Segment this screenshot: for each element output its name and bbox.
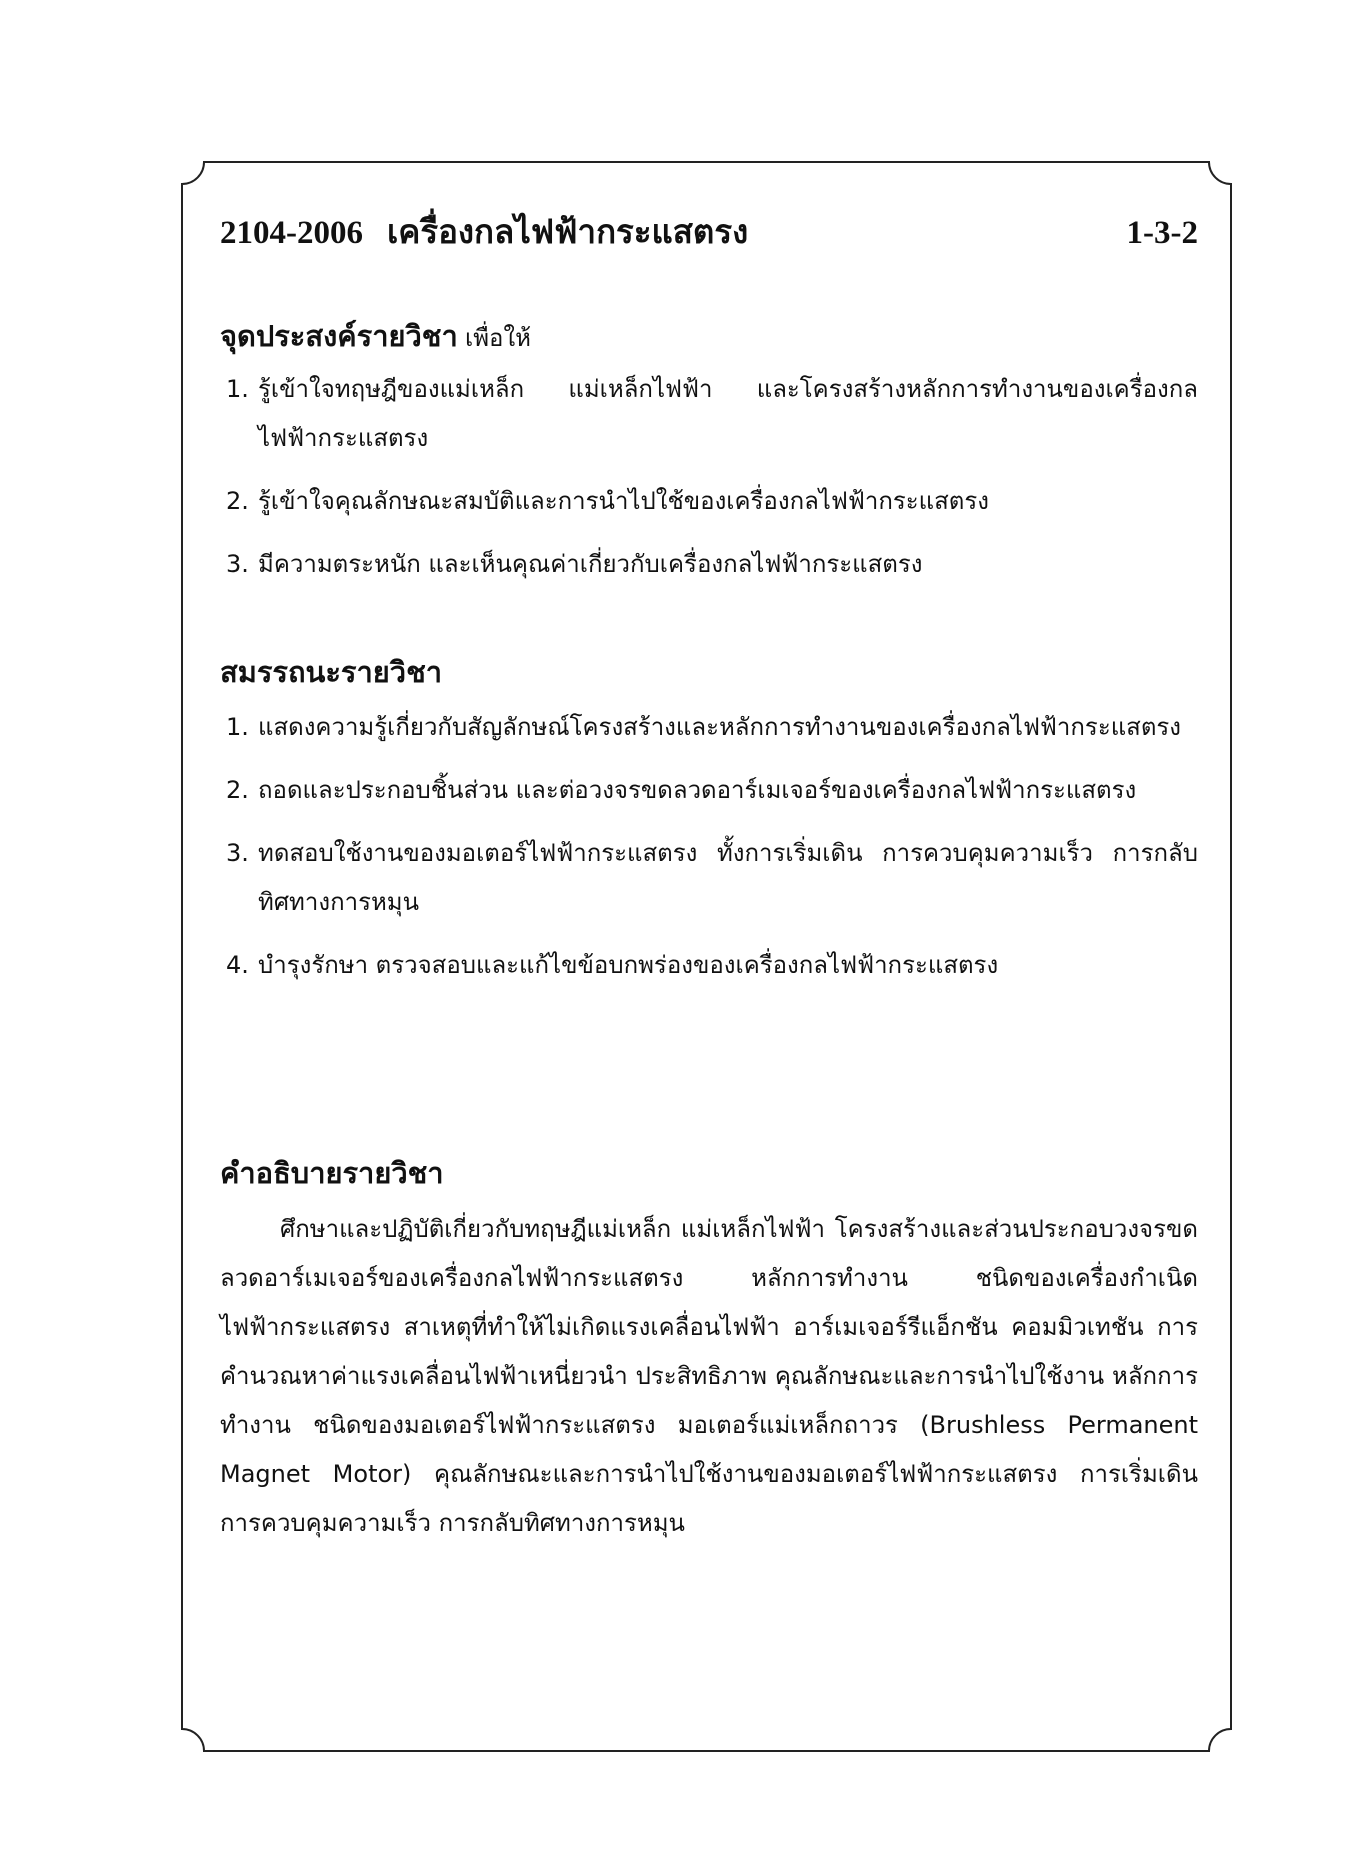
item-number: 1. xyxy=(220,365,258,463)
competency-item: 4.บำรุงรักษา ตรวจสอบและแก้ไขข้อบกพร่องขอ… xyxy=(220,941,1198,990)
item-text: รู้เข้าใจทฤษฎีของแม่เหล็ก แม่เหล็กไฟฟ้า … xyxy=(258,365,1198,463)
item-text: ถอดและประกอบชิ้นส่วน และต่อวงจรขดลวดอาร์… xyxy=(258,766,1198,815)
item-text: รู้เข้าใจคุณลักษณะสมบัติและการนำไปใช้ของ… xyxy=(258,477,1198,526)
item-number: 3. xyxy=(220,540,258,589)
item-text: แสดงความรู้เกี่ยวกับสัญลักษณ์โครงสร้างแล… xyxy=(258,703,1198,752)
objective-item: 2.รู้เข้าใจคุณลักษณะสมบัติและการนำไปใช้ข… xyxy=(220,477,1198,526)
objectives-heading-suffix: เพื่อให้ xyxy=(465,324,531,352)
objective-item: 3.มีความตระหนัก และเห็นคุณค่าเกี่ยวกับเค… xyxy=(220,540,1198,589)
item-number: 2. xyxy=(220,477,258,526)
competency-item: 2.ถอดและประกอบชิ้นส่วน และต่อวงจรขดลวดอา… xyxy=(220,766,1198,815)
item-number: 2. xyxy=(220,766,258,815)
course-credits: 1-3-2 xyxy=(1127,215,1198,252)
competency-item: 3.ทดสอบใช้งานของมอเตอร์ไฟฟ้ากระแสตรง ทั้… xyxy=(220,829,1198,927)
course-title: 2104-2006เครื่องกลไฟฟ้ากระแสตรง xyxy=(220,205,748,258)
objectives-list: 1.รู้เข้าใจทฤษฎีของแม่เหล็ก แม่เหล็กไฟฟ้… xyxy=(220,365,1198,603)
competency-item: 1.แสดงความรู้เกี่ยวกับสัญลักษณ์โครงสร้าง… xyxy=(220,703,1198,752)
competencies-list: 1.แสดงความรู้เกี่ยวกับสัญลักษณ์โครงสร้าง… xyxy=(220,703,1198,1004)
item-text: มีความตระหนัก และเห็นคุณค่าเกี่ยวกับเครื… xyxy=(258,540,1198,589)
item-number: 4. xyxy=(220,941,258,990)
item-text: บำรุงรักษา ตรวจสอบและแก้ไขข้อบกพร่องของเ… xyxy=(258,941,1198,990)
objectives-heading: จุดประสงค์รายวิชา เพื่อให้ xyxy=(220,313,531,359)
item-text: ทดสอบใช้งานของมอเตอร์ไฟฟ้ากระแสตรง ทั้งก… xyxy=(258,829,1198,927)
competencies-heading: สมรรถนะรายวิชา xyxy=(220,649,442,695)
course-header: 2104-2006เครื่องกลไฟฟ้ากระแสตรง 1-3-2 xyxy=(220,205,1198,265)
objectives-heading-text: จุดประสงค์รายวิชา xyxy=(220,321,458,353)
course-code: 2104-2006 xyxy=(220,215,363,251)
item-number: 3. xyxy=(220,829,258,927)
item-number: 1. xyxy=(220,703,258,752)
course-name: เครื่องกลไฟฟ้ากระแสตรง xyxy=(387,215,748,251)
description-heading: คำอธิบายรายวิชา xyxy=(220,1150,444,1196)
course-page: 2104-2006เครื่องกลไฟฟ้ากระแสตรง 1-3-2 จุ… xyxy=(220,205,1198,265)
objective-item: 1.รู้เข้าใจทฤษฎีของแม่เหล็ก แม่เหล็กไฟฟ้… xyxy=(220,365,1198,463)
description-paragraph: ศึกษาและปฏิบัติเกี่ยวกับทฤษฎีแม่เหล็ก แม… xyxy=(220,1205,1198,1548)
